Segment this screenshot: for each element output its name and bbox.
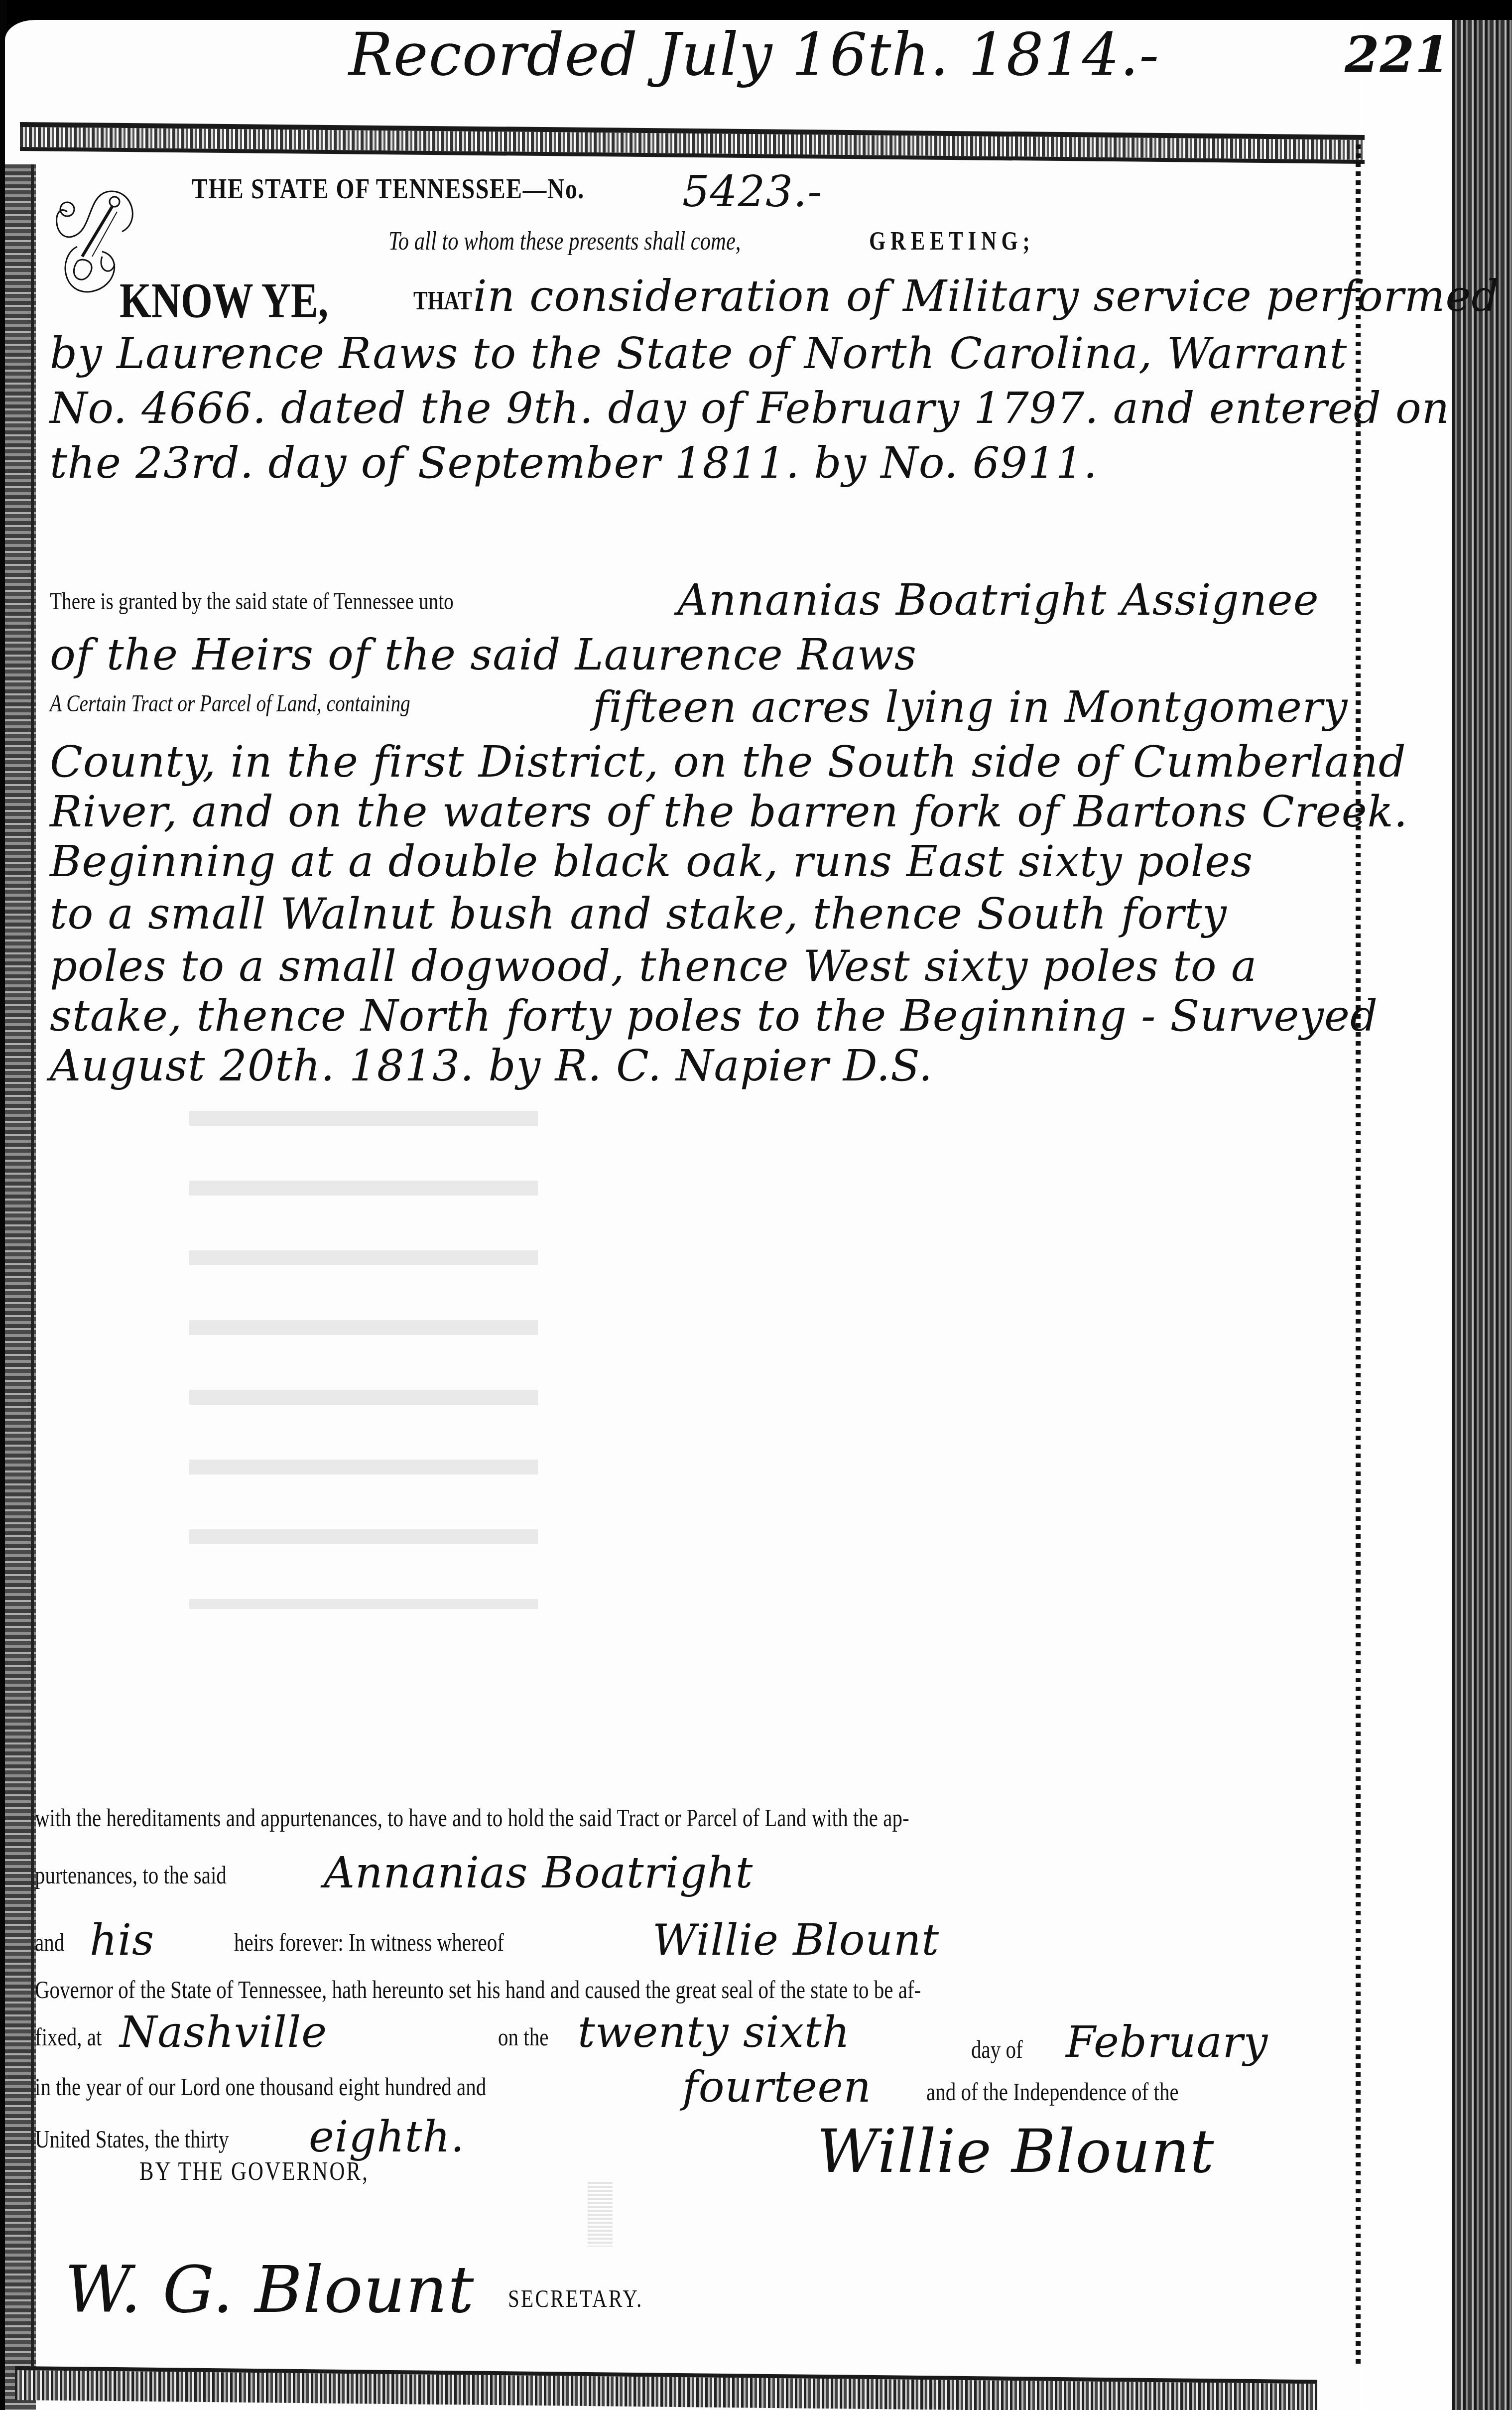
habendum-year: fourteen bbox=[682, 2062, 872, 2112]
tract-line-2: County, in the first District, on the So… bbox=[50, 737, 1406, 787]
tract-prefix: A Certain Tract or Parcel of Land, conta… bbox=[50, 690, 410, 717]
habendum-governor-name: Willie Blount bbox=[652, 1915, 939, 1965]
document-scan: Recorded July 16th. 1814.- 221 THE STATE… bbox=[0, 0, 1512, 2410]
habendum-day-of: day of bbox=[971, 2035, 1023, 2064]
wavy-border-right bbox=[1356, 144, 1361, 2366]
consideration-line-1: in consideration of Military service per… bbox=[473, 271, 1499, 321]
habendum-line-3: heirs forever: In witness whereof bbox=[234, 1928, 504, 1957]
by-the-governor-label: BY THE GOVERNOR, bbox=[139, 2157, 369, 2186]
habendum-grantee: Annanias Boatright bbox=[324, 1848, 753, 1898]
consideration-line-3: No. 4666. dated the 9th. day of February… bbox=[50, 384, 1450, 433]
consideration-line-4: the 23rd. day of September 1811. by No. … bbox=[50, 438, 1098, 488]
habendum-and: and bbox=[35, 1928, 64, 1957]
tract-line-7: stake, thence North forty poles to the B… bbox=[50, 991, 1378, 1041]
grant-number: 5423.- bbox=[682, 167, 822, 217]
habendum-year-prefix: in the year of our Lord one thousand eig… bbox=[35, 2072, 486, 2101]
border-left bbox=[31, 164, 34, 2366]
page-number: 221 bbox=[1345, 25, 1450, 84]
consideration-line-2: by Laurence Raws to the State of North C… bbox=[50, 329, 1347, 379]
secretary-label: SECRETARY. bbox=[508, 2284, 643, 2313]
habendum-line-2-prefix: purtenances, to the said bbox=[35, 1861, 227, 1889]
recorded-note: Recorded July 16th. 1814.- bbox=[349, 20, 1159, 89]
habendum-line-4: Governor of the State of Tennessee, hath… bbox=[35, 1975, 921, 2004]
habendum-fixed-at: fixed, at bbox=[35, 2022, 102, 2051]
grantee-line-2: of the Heirs of the said Laurence Raws bbox=[50, 630, 917, 680]
binding-stub-right bbox=[1452, 20, 1512, 2410]
tract-line-3: River, and on the waters of the barren f… bbox=[50, 787, 1408, 837]
habendum-day: twenty sixth bbox=[578, 2008, 850, 2057]
habendum-ordinal: eighth. bbox=[309, 2112, 465, 2162]
seal-impression bbox=[588, 2182, 613, 2247]
habendum-united-states: United States, the thirty bbox=[35, 2125, 229, 2153]
margin-right bbox=[1360, 20, 1452, 2410]
habendum-independence: and of the Independence of the bbox=[926, 2077, 1179, 2106]
tract-line-5: to a small Walnut bush and stake, thence… bbox=[50, 889, 1227, 939]
secretary-signature: W. G. Blount bbox=[65, 2252, 474, 2327]
habendum-month: February bbox=[1066, 2017, 1268, 2067]
know-ye-heading: KNOW YE, bbox=[120, 271, 328, 329]
habendum-on-the: on the bbox=[498, 2022, 548, 2051]
tract-line-8: August 20th. 1813. by R. C. Napier D.S. bbox=[50, 1041, 933, 1091]
state-title: THE STATE OF TENNESSEE—No. bbox=[192, 172, 585, 205]
tract-line-1: fifteen acres lying in Montgomery bbox=[593, 682, 1348, 732]
that-word: THAT bbox=[413, 286, 472, 316]
bleed-through-text bbox=[189, 1111, 538, 1609]
tract-line-6: poles to a small dogwood, thence West si… bbox=[50, 941, 1257, 991]
habendum-place: Nashville bbox=[120, 2008, 327, 2057]
habendum-line-1: with the hereditaments and appurtenances… bbox=[35, 1803, 909, 1832]
governor-signature: Willie Blount bbox=[817, 2117, 1215, 2186]
tract-line-4: Beginning at a double black oak, runs Ea… bbox=[50, 837, 1253, 887]
greeting-word: GREETING; bbox=[869, 227, 1035, 256]
habendum-pronoun: his bbox=[90, 1915, 154, 1965]
grantee-line-1: Annanias Boatright Assignee bbox=[677, 575, 1319, 625]
greeting-prefix: To all to whom these presents shall come… bbox=[388, 227, 741, 256]
granted-prefix: There is granted by the said state of Te… bbox=[50, 588, 454, 615]
